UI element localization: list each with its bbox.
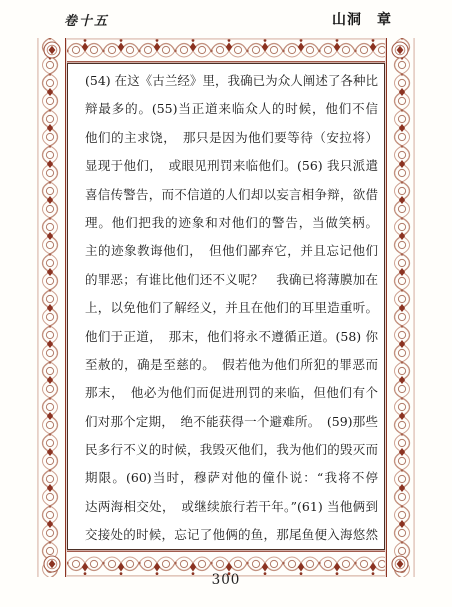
ornamental-frame: (54) 在这《古兰经》里，我确已为众人阐述了各种比喻，人是争 辩最多的。(55… (37, 38, 415, 577)
book-page: 卷十五 山洞 章 (0, 0, 452, 607)
body-line: 们对那个定期， 绝不能获得一个避难所。 (59)那些市镇的居 (85, 408, 378, 436)
body-line: 主的迹象教诲他们， 但他们鄙弃它，并且忘记他们以前所犯 (85, 237, 378, 265)
body-line: 显现于他们， 或眼见刑罚来临他们。(56) 我只派遣使者们报 (85, 152, 378, 180)
body-line: 交接处的时候，忘记了他俩的鱼，那尾鱼便入海悠然而去。 (85, 521, 378, 549)
ornamental-border-right-icon (385, 38, 415, 577)
body-line: 达两海相交处， 或继续旅行若干年。”(61) 当他俩到达两海相 (85, 493, 378, 521)
body-line: 民多行不义的时候，我毁灭他们，我为他们的毁灭而预定一个 (85, 436, 378, 464)
text-panel: (54) 在这《古兰经》里，我确已为众人阐述了各种比喻，人是争 辩最多的。(55… (67, 63, 385, 550)
ornamental-border-top-icon (67, 38, 385, 63)
body-line: 理。他们把我的迹象和对他们的警告，当做笑柄。(57)有人以 (85, 209, 378, 237)
body-line: 他们的主求饶， 那只是因为他们要等待（安拉将）古人的常道 (85, 124, 378, 152)
body-line: 上，以免他们了解经义，并且在他们的耳里造重听。如果你召 (85, 294, 378, 322)
body-line: 他们于正道， 那末，他们将永不遵循正道。(58) 你的主确是 (85, 323, 378, 351)
body-line: (54) 在这《古兰经》里，我确已为众人阐述了各种比喻，人是争 (85, 67, 378, 95)
body-line: 的罪恶；有谁比他们还不义呢？ 我确已将薄膜加在他们的心 (85, 266, 378, 294)
body-line: 喜信传警告，而不信道的人们却以妄言相争辩，欲借此反驳真 (85, 181, 378, 209)
body-line: 那末， 他必为他们而促进刑罚的来临，但他们有个定期，他 (85, 379, 378, 407)
page-number: 300 (0, 572, 452, 588)
header-chapter-title: 山洞 章 (332, 9, 392, 29)
body-line: 辩最多的。(55)当正道来临众人的时候，他们不信道，也不向 (85, 95, 378, 123)
scripture-text: (54) 在这《古兰经》里，我确已为众人阐述了各种比喻，人是争 辩最多的。(55… (68, 64, 384, 550)
header-volume: 卷十五 (64, 10, 109, 29)
body-line: 期限。(60)当时，穆萨对他的僮仆说：“我将不停步，直到我到 (85, 464, 378, 492)
ornamental-border-left-icon (37, 38, 67, 577)
body-line: 至赦的，确是至慈的。 假若他为他们所犯的罪恶而惩治他们， (85, 351, 378, 379)
